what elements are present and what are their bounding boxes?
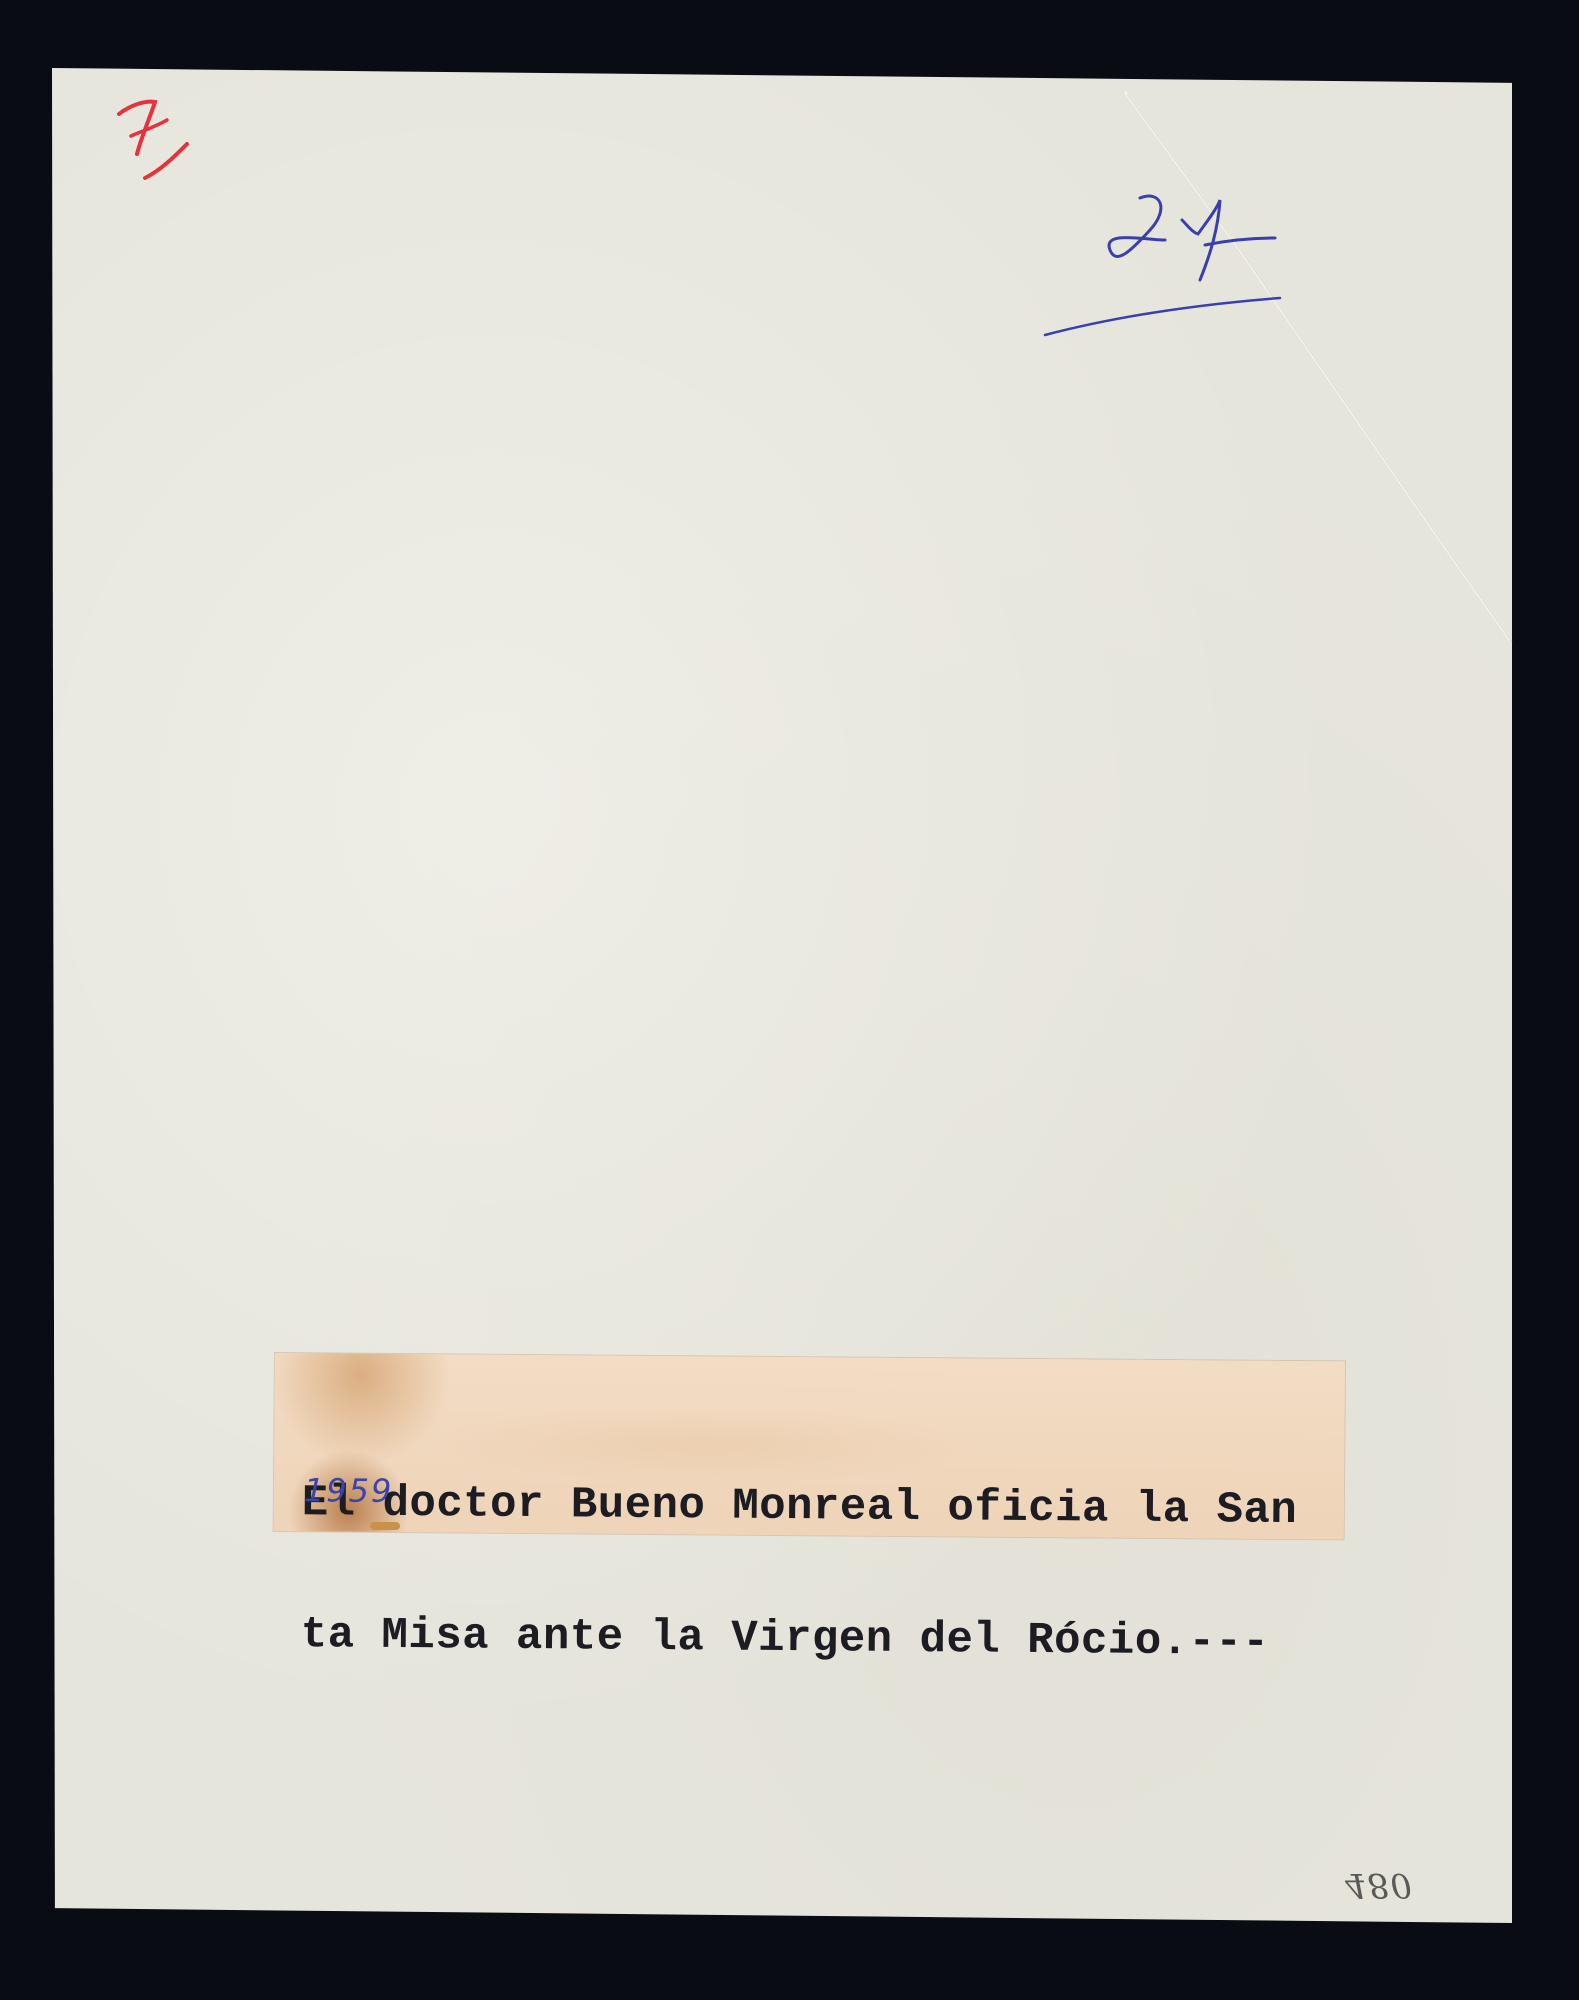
pencil-archive-number: 480 [1345, 1865, 1413, 1905]
caption-line-2: ta Misa ante la Virgen del Rócio.--- [301, 1613, 1297, 1665]
handwritten-year: 1959 [304, 1471, 394, 1510]
scanned-document: 7 27 El doctor Bueno Monreal oficia la S… [0, 0, 1579, 2000]
caption-label: El doctor Bueno Monreal oficia la San ta… [274, 1353, 1345, 1539]
red-handwritten-mark [105, 92, 200, 182]
caption-line-1: El doctor Bueno Monreal oficia la San [302, 1481, 1298, 1533]
blue-handwritten-number [1030, 170, 1290, 340]
glue-stain [370, 1522, 400, 1530]
typed-caption: El doctor Bueno Monreal oficia la San ta… [300, 1393, 1298, 1753]
